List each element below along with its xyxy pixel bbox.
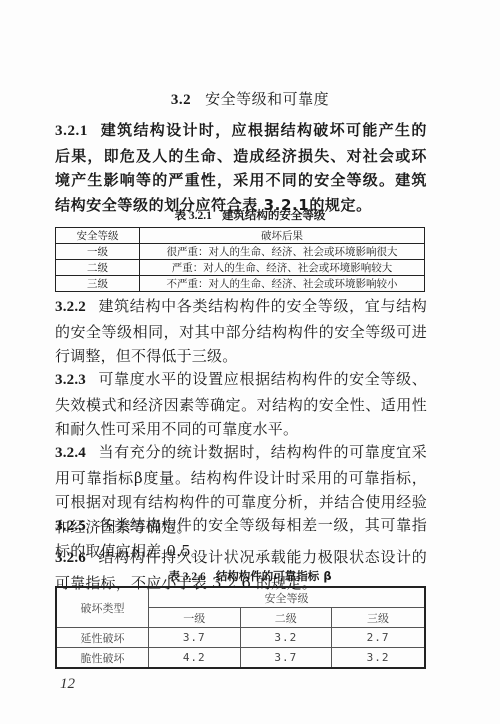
table-title: 结构构件的可靠指标 β <box>216 569 332 583</box>
failure-type-cell: 延性破坏 <box>56 628 149 648</box>
grade-cell: 一级 <box>56 244 140 260</box>
grade-header: 三级 <box>332 608 425 628</box>
table-row: 脆性破坏 4.2 3.7 3.2 <box>56 648 425 669</box>
consequence-cell: 严重：对人的生命、经济、社会或环境影响较大 <box>140 260 425 276</box>
table-number: 表 3.2.6 <box>168 571 205 583</box>
header-cell: 安全等级 <box>56 228 140 244</box>
clause-number: 3.2.5 <box>55 518 86 534</box>
failure-type-cell: 脆性破坏 <box>56 648 149 669</box>
table-row: 二级 严重：对人的生命、经济、社会或环境影响较大 <box>56 260 425 276</box>
value-cell: 2.7 <box>332 628 425 648</box>
grade-cell: 二级 <box>56 260 140 276</box>
table-row: 延性破坏 3.7 3.2 2.7 <box>56 628 425 648</box>
clause-number: 3.2.2 <box>55 299 86 315</box>
consequence-cell: 很严重：对人的生命、经济、社会或环境影响很大 <box>140 244 425 260</box>
page-number: 12 <box>60 676 75 693</box>
table-header-row: 安全等级 破坏后果 <box>56 228 425 244</box>
clause-3-2-2: 3.2.2建筑结构中各类结构构件的安全等级，宜与结构的安全等级相同，对其中部分结… <box>55 294 427 369</box>
header-cell: 破坏后果 <box>140 228 425 244</box>
grade-header: 一级 <box>149 608 241 628</box>
section-number: 3.2 <box>171 92 191 108</box>
value-cell: 3.7 <box>149 628 241 648</box>
failure-type-header: 破坏类型 <box>56 587 149 628</box>
clause-text: 建筑结构中各类结构构件的安全等级，宜与结构的安全等级相同，对其中部分结构构件的安… <box>55 297 427 365</box>
table-number: 表 3.2.1 <box>175 210 212 222</box>
table-3-2-1-caption: 表 3.2.1建筑结构的安全等级 <box>0 207 500 223</box>
clause-3-2-3: 3.2.3可靠度水平的设置应根据结构构件的安全等级、失效模式和经济因素等确定。对… <box>55 367 427 442</box>
value-cell: 3.7 <box>240 648 332 669</box>
grade-header: 二级 <box>240 608 332 628</box>
value-cell: 4.2 <box>149 648 241 669</box>
table-3-2-6-caption: 表 3.2.6结构构件的可靠指标 β <box>0 568 500 584</box>
safety-class-table: 安全等级 破坏后果 一级 很严重：对人的生命、经济、社会或环境影响很大 二级 严… <box>55 227 425 292</box>
safety-class-header: 安全等级 <box>149 587 426 608</box>
value-cell: 3.2 <box>332 648 425 669</box>
consequence-cell: 不严重：对人的生命、经济、社会或环境影响较小 <box>140 276 425 292</box>
clause-number: 3.2.4 <box>55 445 86 461</box>
value-cell: 3.2 <box>240 628 332 648</box>
clause-number: 3.2.6 <box>55 550 86 566</box>
clause-number: 3.2.3 <box>55 372 86 388</box>
clause-3-2-1: 3.2.1建筑结构设计时，应根据结构破坏可能产生的后果，即危及人的生命、造成经济… <box>55 118 427 217</box>
table-header-row: 破坏类型 安全等级 <box>56 587 425 608</box>
grade-cell: 三级 <box>56 276 140 292</box>
reliability-index-table: 破坏类型 安全等级 一级 二级 三级 延性破坏 3.7 3.2 2.7 脆性破坏… <box>55 586 426 669</box>
clause-text: 可靠度水平的设置应根据结构构件的安全等级、失效模式和经济因素等确定。对结构的安全… <box>55 370 427 438</box>
clause-text: 建筑结构设计时，应根据结构破坏可能产生的后果，即危及人的生命、造成经济损失、对社… <box>55 121 427 214</box>
table-title: 建筑结构的安全等级 <box>222 208 326 222</box>
table-row: 三级 不严重：对人的生命、经济、社会或环境影响较小 <box>56 276 425 292</box>
section-title: 安全等级和可靠度 <box>205 90 329 108</box>
section-heading: 3.2安全等级和可靠度 <box>0 88 500 109</box>
table-row: 一级 很严重：对人的生命、经济、社会或环境影响很大 <box>56 244 425 260</box>
clause-number: 3.2.1 <box>55 123 88 139</box>
